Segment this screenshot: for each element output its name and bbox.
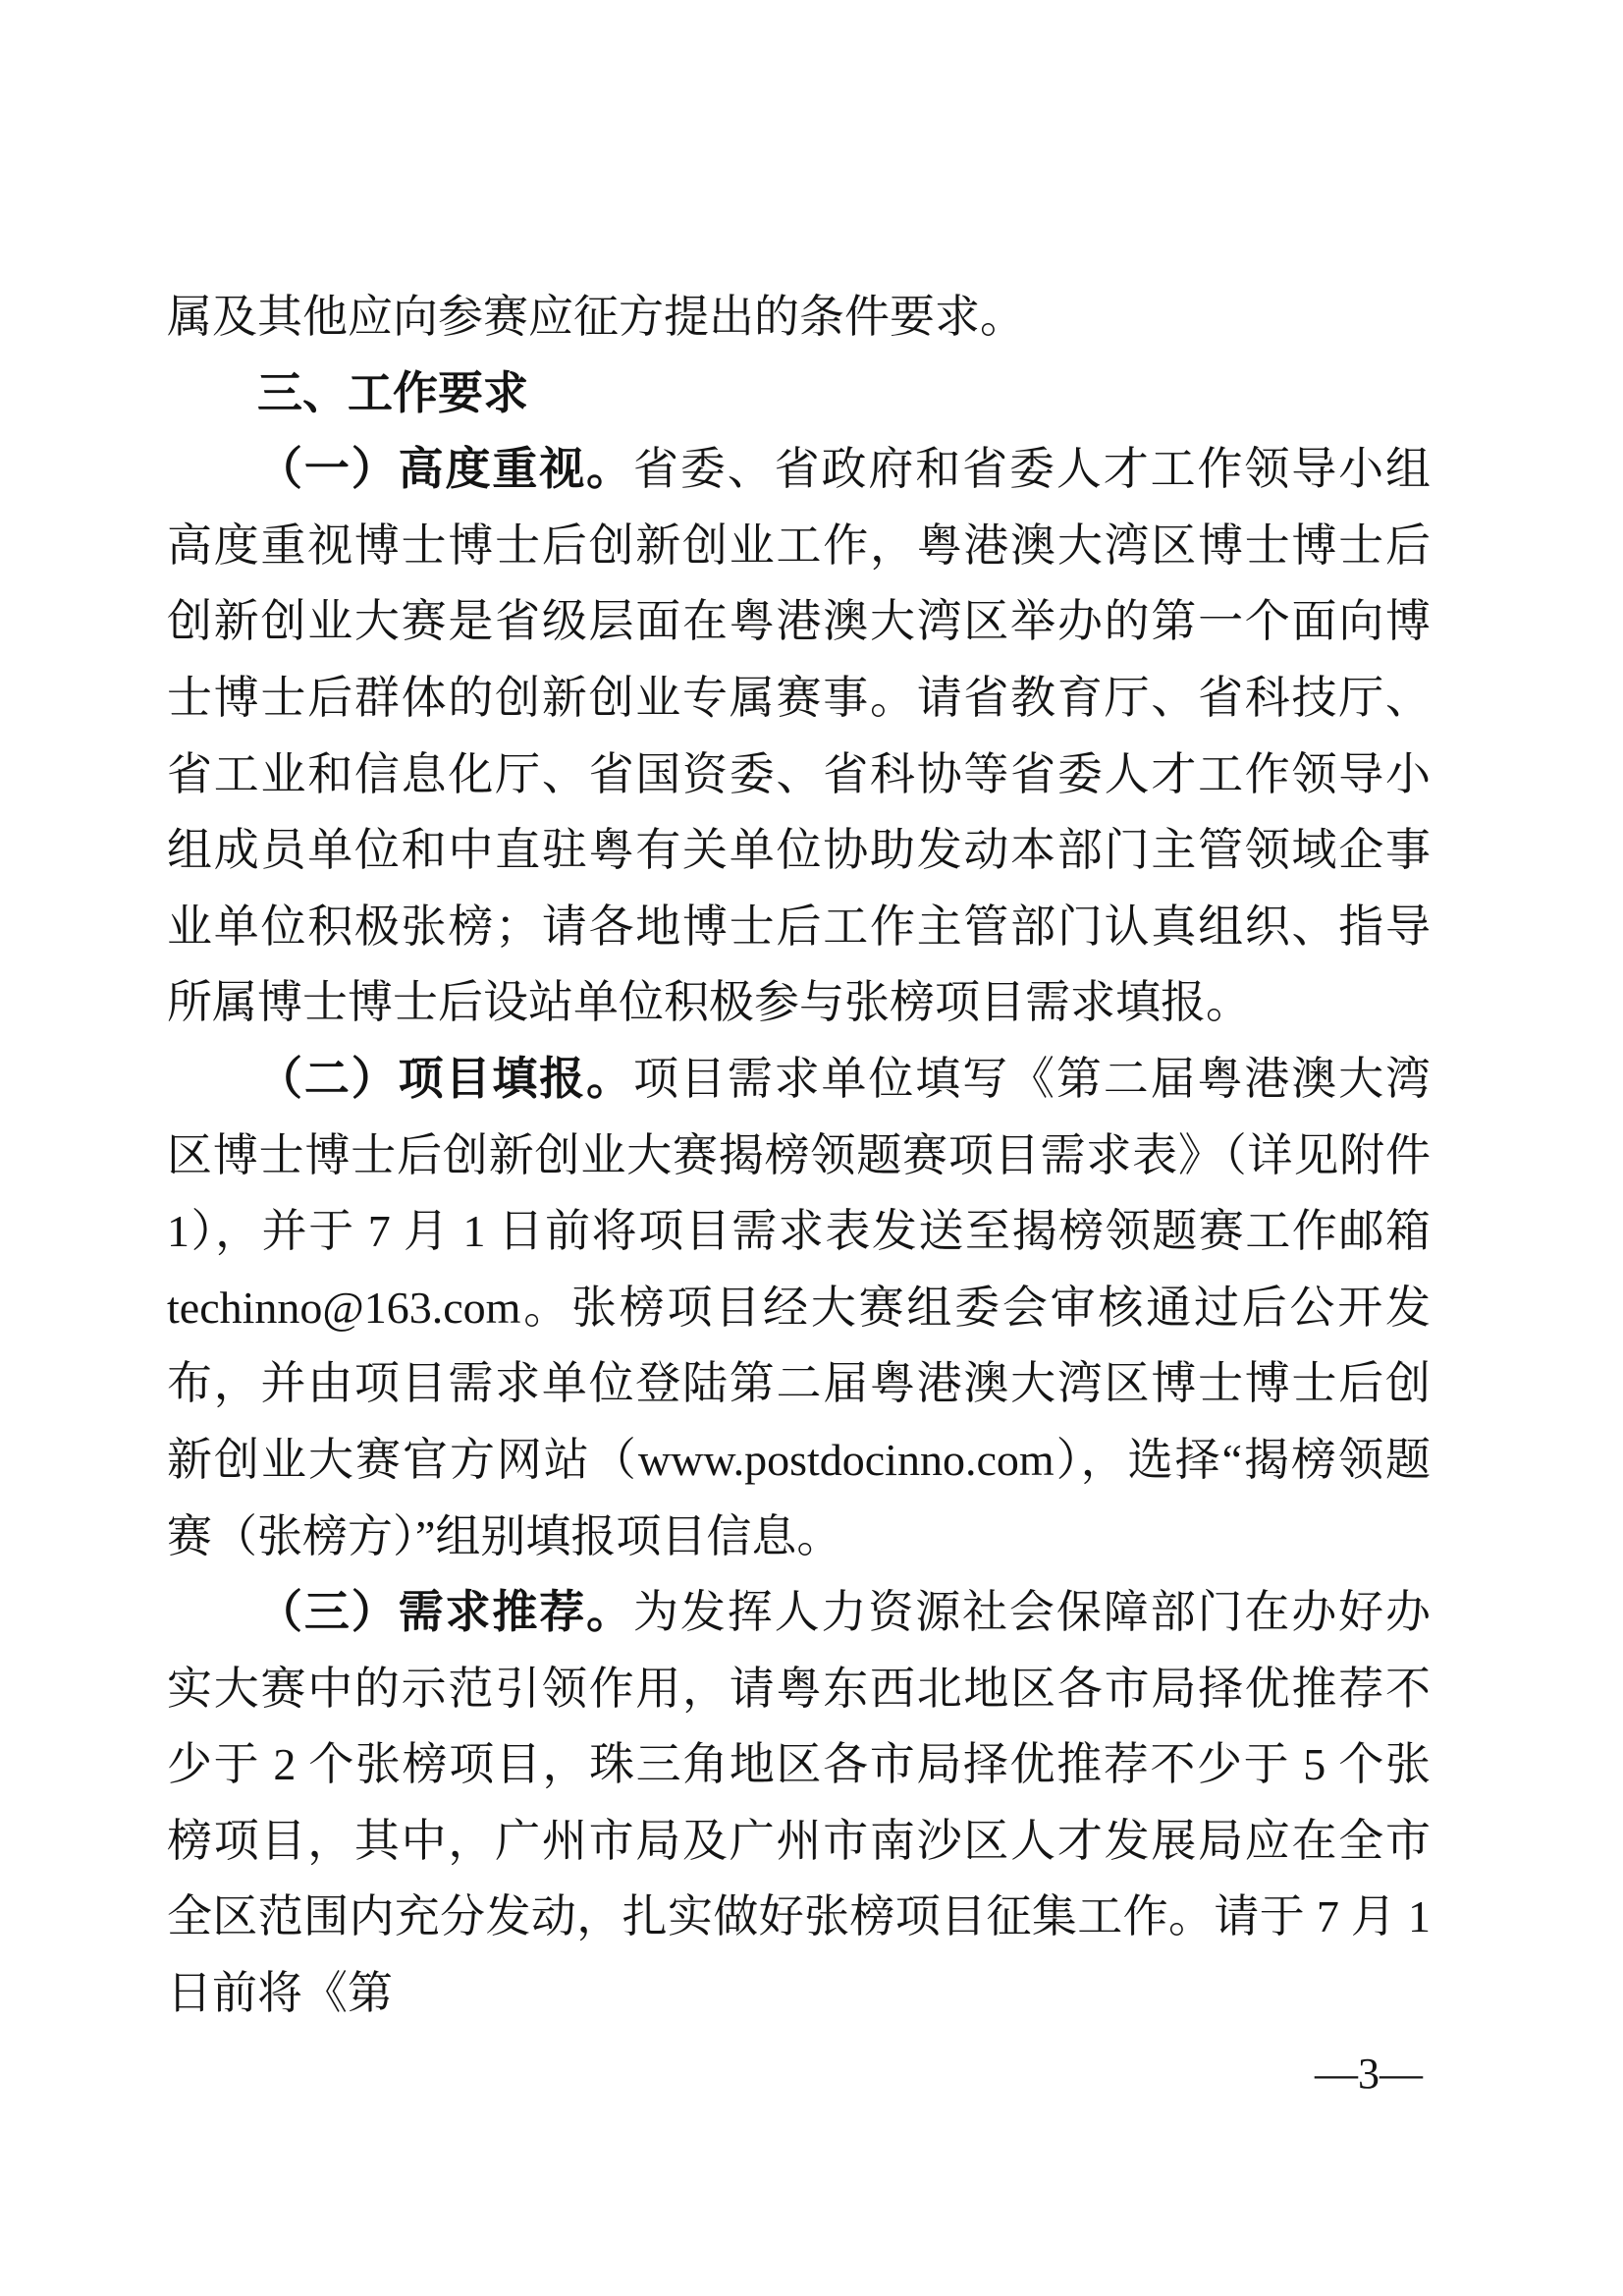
paragraph-item-2: （二）项目填报。项目需求单位填写《第二届粤港澳大湾区博士博士后创新创业大赛揭榜领… xyxy=(167,1041,1431,1574)
section-heading-work-requirements: 三、工作要求 xyxy=(167,355,1431,432)
page-number: —3— xyxy=(1315,2052,1423,2096)
paragraph-item-2-text: 项目需求单位填写《第二届粤港澳大湾区博士博士后创新创业大赛揭榜领题赛项目需求表》… xyxy=(167,1054,1431,1561)
paragraph-item-3-lead: （三）需求推荐。 xyxy=(257,1587,633,1637)
paragraph-item-3-text: 为发挥人力资源社会保障部门在办好办实大赛中的示范引领作用，请粤东西北地区各市局择… xyxy=(167,1587,1431,2018)
paragraph-item-1-text: 省委、省政府和省委人才工作领导小组高度重视博士博士后创新创业工作，粤港澳大湾区博… xyxy=(167,444,1431,1027)
paragraph-item-2-lead: （二）项目填报。 xyxy=(257,1054,633,1104)
paragraph-item-1: （一）高度重视。省委、省政府和省委人才工作领导小组高度重视博士博士后创新创业工作… xyxy=(167,431,1431,1041)
paragraph-continuation: 属及其他应向参赛应征方提出的条件要求。 xyxy=(167,279,1431,355)
paragraph-item-1-lead: （一）高度重视。 xyxy=(257,444,633,494)
document-body: 属及其他应向参赛应征方提出的条件要求。 三、工作要求 （一）高度重视。省委、省政… xyxy=(167,279,1431,2032)
document-page: 属及其他应向参赛应征方提出的条件要求。 三、工作要求 （一）高度重视。省委、省政… xyxy=(0,0,1623,2296)
paragraph-item-3: （三）需求推荐。为发挥人力资源社会保障部门在办好办实大赛中的示范引领作用，请粤东… xyxy=(167,1574,1431,2032)
